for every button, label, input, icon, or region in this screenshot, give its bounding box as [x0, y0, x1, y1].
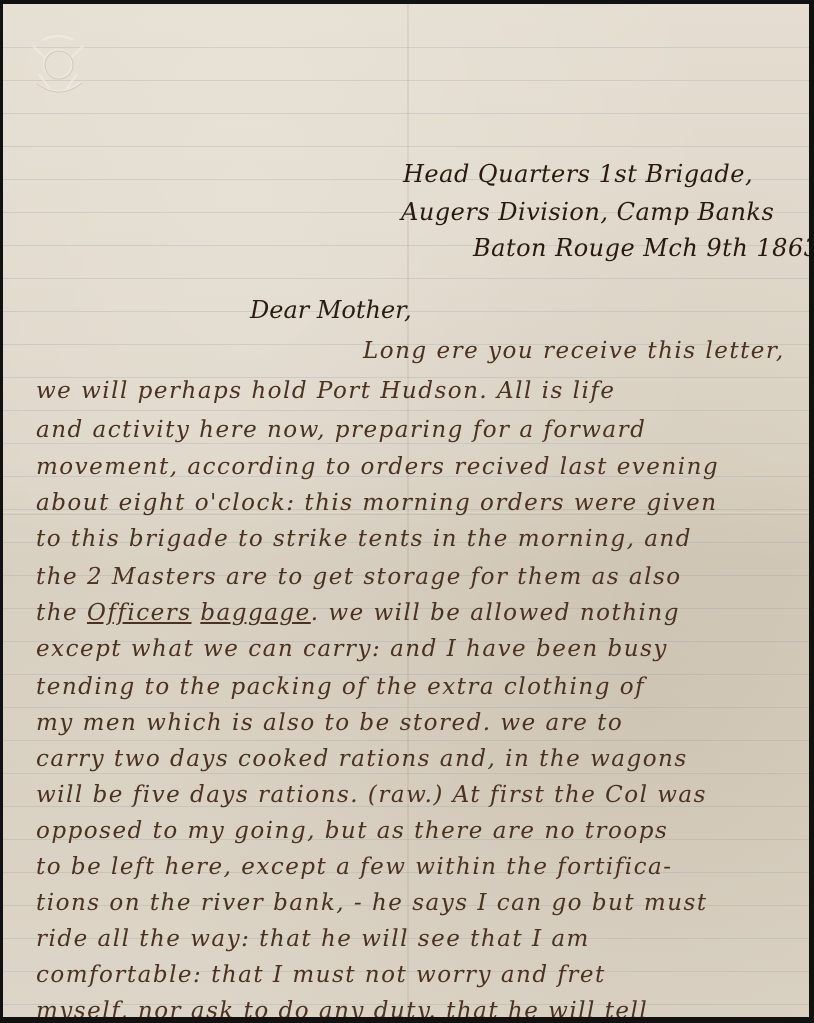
body-text	[192, 600, 201, 626]
body-line: will be five days rations. (raw.) At fir…	[36, 782, 707, 808]
body-line: movement, according to orders recived la…	[36, 454, 719, 480]
salutation: Dear Mother,	[250, 296, 412, 324]
body-line-underlined: the Officers baggage. we will be allowed…	[36, 600, 680, 626]
body-line: and activity here now, preparing for a f…	[36, 417, 646, 443]
body-text: the	[36, 600, 87, 626]
body-line: we will perhaps hold Port Hudson. All is…	[36, 378, 615, 404]
heading-line-1: Head Quarters 1st Brigade,	[403, 160, 753, 188]
body-line: carry two days cooked rations and, in th…	[36, 746, 688, 772]
body-line: tions on the river bank, - he says I can…	[36, 890, 708, 916]
body-line: Long ere you receive this letter,	[363, 338, 785, 364]
heading-line-date: Baton Rouge Mch 9th 1863.	[473, 234, 809, 262]
body-line: comfortable: that I must not worry and f…	[36, 962, 606, 988]
body-line: to this brigade to strike tents in the m…	[36, 526, 692, 552]
body-line: the 2 Masters are to get storage for the…	[36, 564, 682, 590]
body-line: ride all the way: that he will see that …	[36, 926, 590, 952]
heading-line-2: Augers Division, Camp Banks	[401, 198, 774, 226]
underlined-word-baggage: baggage	[200, 600, 310, 626]
body-line: opposed to my going, but as there are no…	[36, 818, 668, 844]
body-line: tending to the packing of the extra clot…	[36, 674, 645, 700]
letter-page: Head Quarters 1st Brigade, Augers Divisi…	[3, 4, 809, 1017]
body-line: my men which is also to be stored. we ar…	[36, 710, 623, 736]
body-line: to be left here, except a few within the…	[36, 854, 672, 880]
crest-emboss-icon	[25, 30, 91, 100]
body-line: about eight o'clock: this morning orders…	[36, 490, 718, 516]
body-line: except what we can carry: and I have bee…	[36, 636, 668, 662]
underlined-word-officers: Officers	[87, 600, 192, 626]
body-line: myself, nor ask to do any duty. that he …	[36, 998, 648, 1017]
body-text: . we will be allowed nothing	[311, 600, 680, 626]
